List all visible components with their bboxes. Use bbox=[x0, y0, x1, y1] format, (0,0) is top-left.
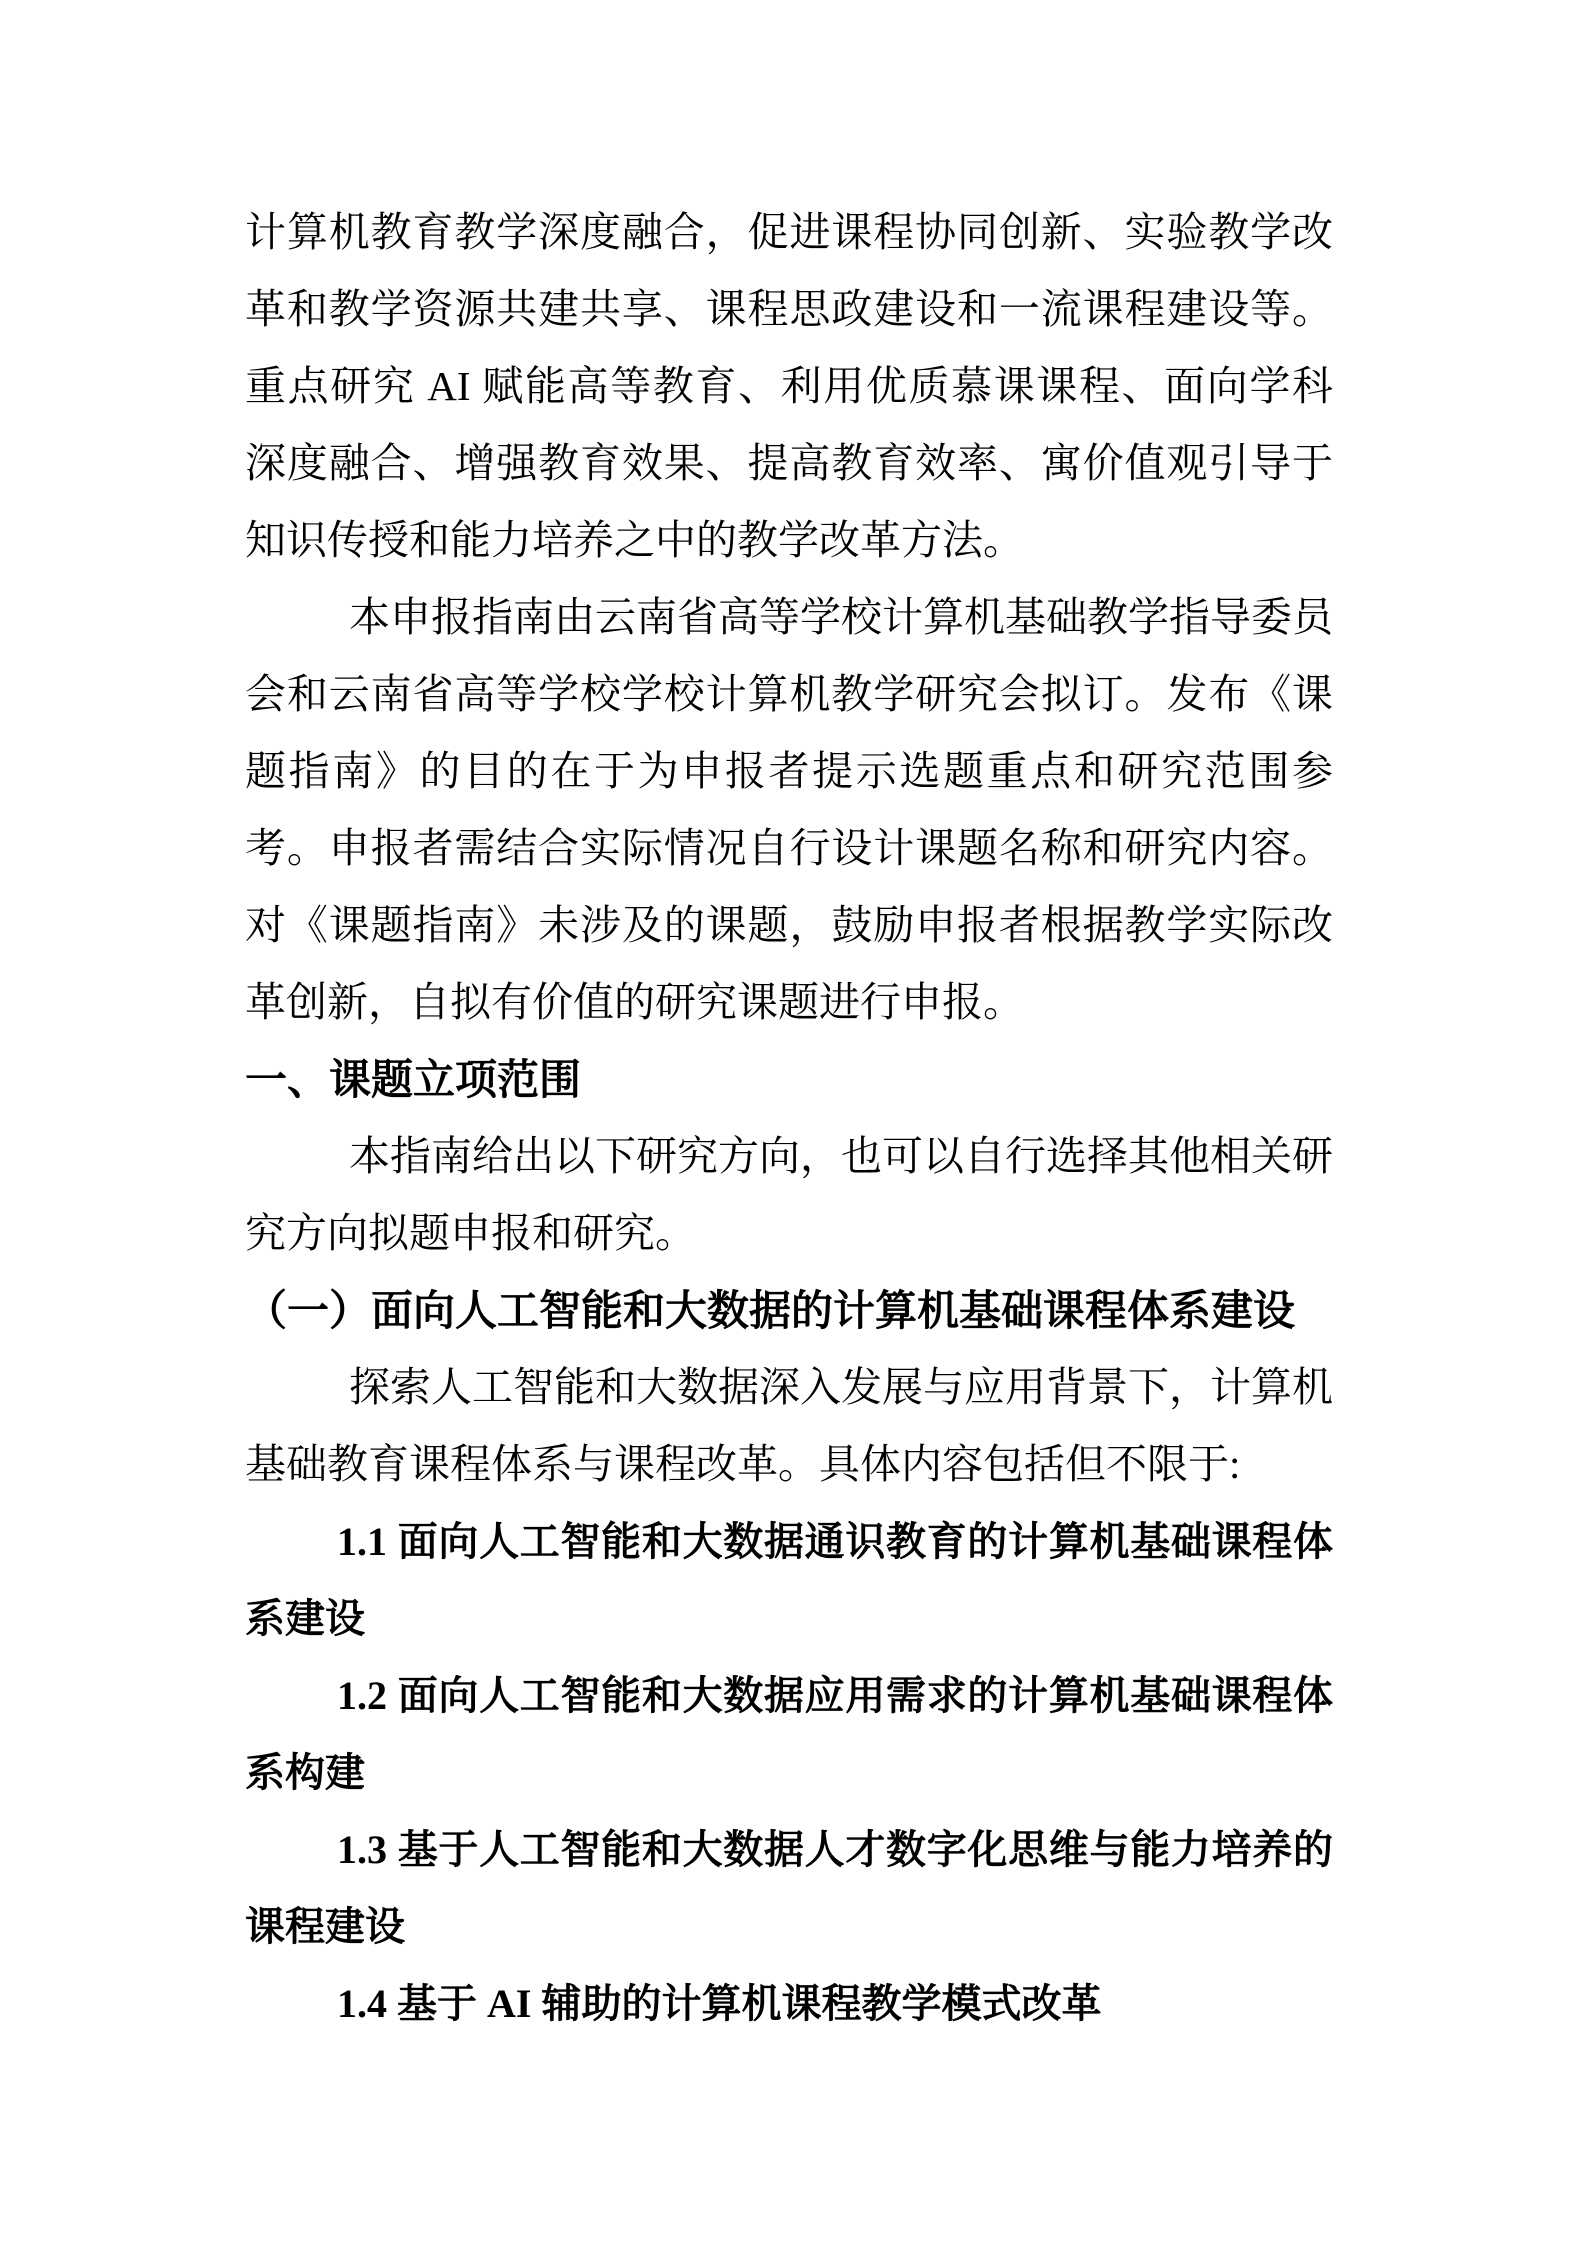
numbered-item: 1.2 面向人工智能和大数据应用需求的计算机基础课程体系构建 bbox=[245, 1657, 1333, 1811]
subsection-heading: （一）面向人工智能和大数据的计算机基础课程体系建设 bbox=[245, 1272, 1333, 1349]
numbered-item: 1.4 基于 AI 辅助的计算机课程教学模式改革 bbox=[245, 1965, 1333, 2042]
section-heading: 一、课题立项范围 bbox=[245, 1041, 1333, 1118]
document-page: 计算机教育教学深度融合，促进课程协同创新、实验教学改革和教学资源共建共享、课程思… bbox=[0, 0, 1588, 2245]
paragraph: 本指南给出以下研究方向，也可以自行选择其他相关研究方向拟题申报和研究。 bbox=[245, 1118, 1333, 1272]
paragraph: 计算机教育教学深度融合，促进课程协同创新、实验教学改革和教学资源共建共享、课程思… bbox=[245, 194, 1333, 579]
paragraph: 本申报指南由云南省高等学校计算机基础教学指导委员会和云南省高等学校学校计算机教学… bbox=[245, 579, 1333, 1041]
numbered-item: 1.1 面向人工智能和大数据通识教育的计算机基础课程体系建设 bbox=[245, 1503, 1333, 1657]
document-content: 计算机教育教学深度融合，促进课程协同创新、实验教学改革和教学资源共建共享、课程思… bbox=[245, 194, 1333, 2042]
numbered-item: 1.3 基于人工智能和大数据人才数字化思维与能力培养的课程建设 bbox=[245, 1811, 1333, 1965]
paragraph: 探索人工智能和大数据深入发展与应用背景下，计算机基础教育课程体系与课程改革。具体… bbox=[245, 1349, 1333, 1503]
